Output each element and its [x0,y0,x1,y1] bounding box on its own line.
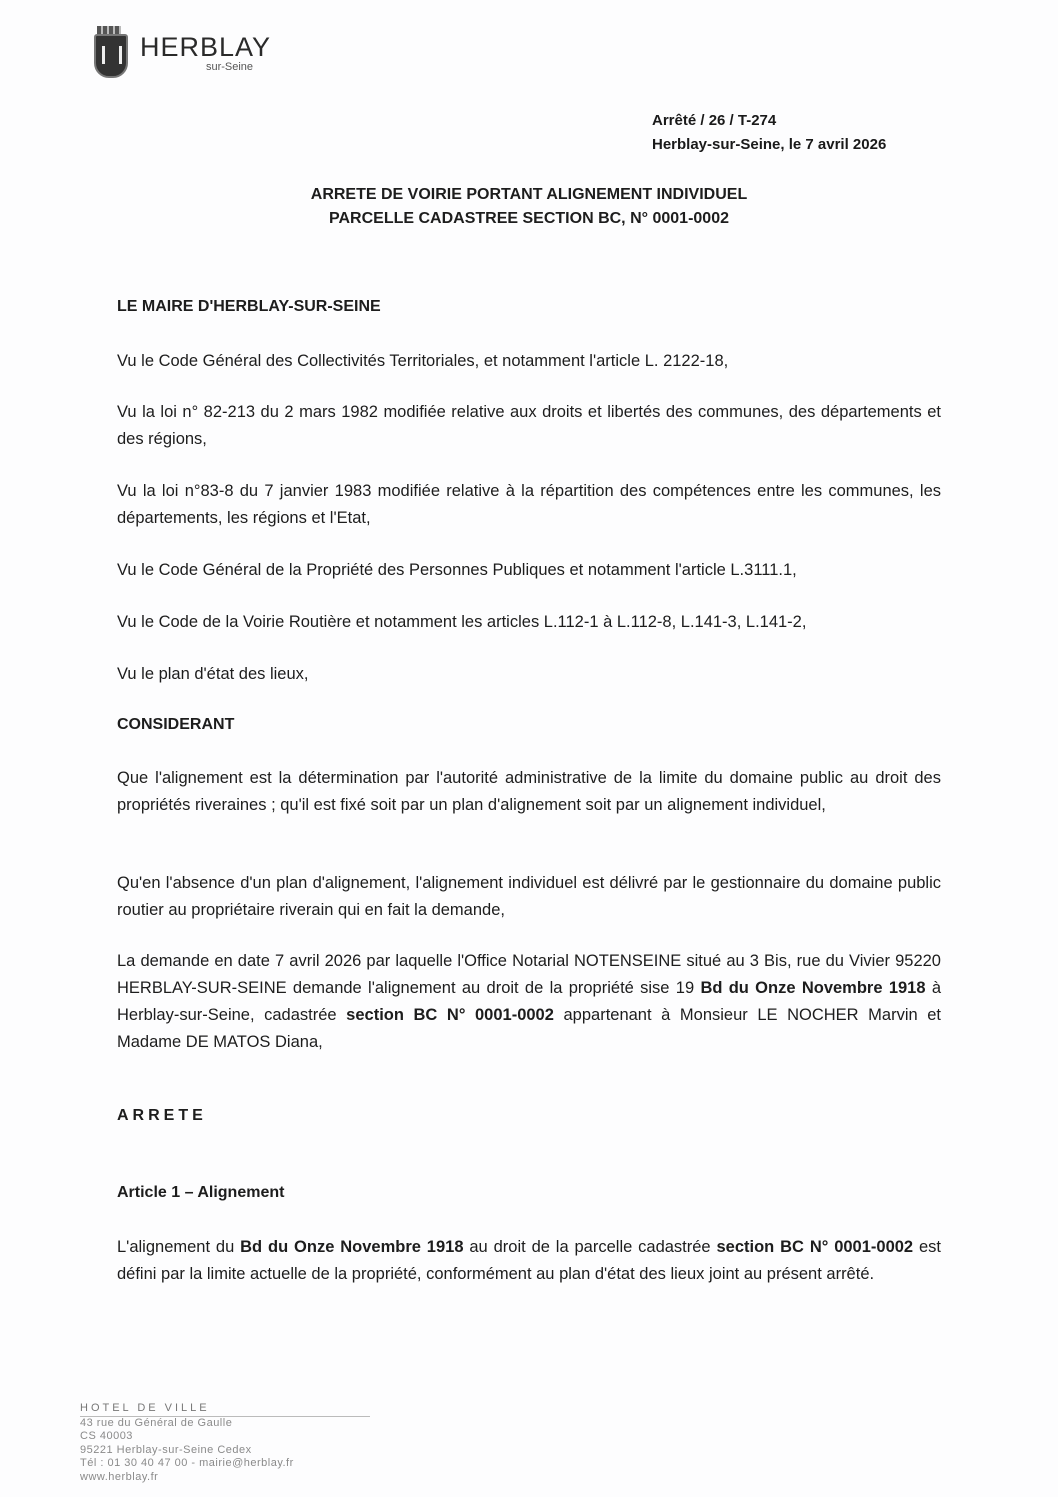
article-1-heading: Article 1 – Alignement [117,1184,284,1202]
logo-name: HERBLAY [140,33,271,61]
decree-reference: Arrêté / 26 / T-274 [652,109,886,133]
visa-3: Vu la loi n°83-8 du 7 janvier 1983 modif… [117,478,941,532]
article-1-text: L'alignement du Bd du Onze Novembre 1918… [117,1234,941,1288]
visa-6: Vu le plan d'état des lieux, [117,661,941,688]
considerant-1: Que l'alignement est la détermination pa… [117,765,941,819]
footer-cs: CS 40003 [80,1430,370,1444]
considerant-heading: CONSIDERANT [117,716,234,734]
visa-2: Vu la loi n° 82-213 du 2 mars 1982 modif… [117,399,941,453]
document-title: ARRETE DE VOIRIE PORTANT ALIGNEMENT INDI… [0,183,1058,231]
coat-of-arms-icon [88,26,130,80]
authority-heading: LE MAIRE D'HERBLAY-SUR-SEINE [117,298,381,316]
logo-subtitle: sur-Seine [206,61,253,73]
city-logo: HERBLAY sur-Seine [88,26,271,80]
reference-block: Arrêté / 26 / T-274 Herblay-sur-Seine, l… [652,109,886,157]
footer-heading: HOTEL DE VILLE [80,1402,370,1417]
considerant-2: Qu'en l'absence d'un plan d'alignement, … [117,870,941,924]
footer-contact: Tél : 01 30 40 47 00 - mairie@herblay.fr [80,1457,370,1471]
document-page: HERBLAY sur-Seine Arrêté / 26 / T-274 He… [0,0,1058,1497]
place-date: Herblay-sur-Seine, le 7 avril 2026 [652,133,886,157]
visa-5: Vu le Code de la Voirie Routière et nota… [117,609,941,636]
footer-city: 95221 Herblay-sur-Seine Cedex [80,1444,370,1458]
footer-address: HOTEL DE VILLE 43 rue du Général de Gaul… [80,1402,370,1484]
demande-paragraph: La demande en date 7 avril 2026 par laqu… [117,948,941,1056]
footer-website: www.herblay.fr [80,1471,370,1485]
visa-1: Vu le Code Général des Collectivités Ter… [117,348,941,375]
footer-street: 43 rue du Général de Gaulle [80,1417,370,1431]
arrete-heading: ARRETE [117,1107,207,1125]
visa-4: Vu le Code Général de la Propriété des P… [117,557,941,584]
